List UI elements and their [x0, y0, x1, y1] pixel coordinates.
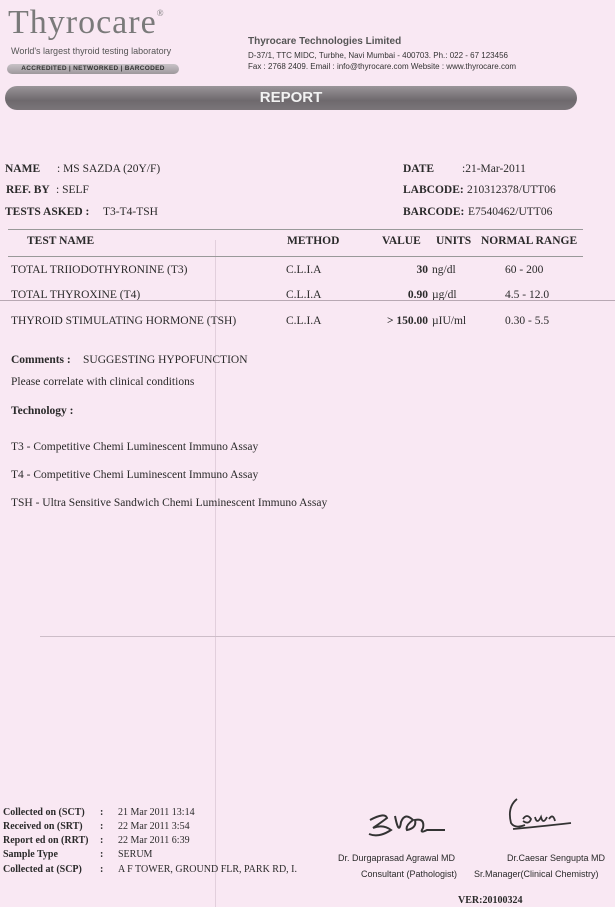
refby-label: REF. BY: [6, 184, 50, 196]
signatory-1-name: Dr. Durgaprasad Agrawal MD: [338, 853, 455, 863]
barcode-value: E7540462/UTT06: [468, 206, 552, 218]
col-units: UNITS: [436, 235, 471, 247]
labcode-label: LABCODE:: [403, 184, 464, 196]
company-contact: Fax : 2768 2409. Email : info@thyrocare.…: [248, 62, 516, 71]
sample-label: Collected at (SCP): [3, 864, 82, 875]
signatory-2-name: Dr.Caesar Sengupta MD: [507, 853, 605, 863]
company-name: Thyrocare Technologies Limited: [248, 36, 401, 47]
report-banner: REPORT: [5, 86, 577, 110]
test-range: 60 - 200: [505, 264, 543, 276]
col-normal-range: NORMAL RANGE: [481, 235, 577, 247]
sample-sep: :: [100, 864, 103, 875]
date-label: DATE: [403, 163, 434, 175]
sample-value: 21 Mar 2011 13:14: [118, 807, 195, 818]
scan-artifact-line: [40, 636, 615, 637]
sample-sep: :: [100, 849, 103, 860]
test-value: > 150.00: [387, 315, 428, 327]
report-title: REPORT: [5, 89, 577, 106]
technology-item: T3 - Competitive Chemi Luminescent Immun…: [11, 441, 258, 453]
sample-label: Received on (SRT): [3, 821, 83, 832]
col-method: METHOD: [287, 235, 339, 247]
sample-label: Collected on (SCT): [3, 807, 85, 818]
sample-value: 22 Mar 2011 3:54: [118, 821, 190, 832]
technology-item: T4 - Competitive Chemi Luminescent Immun…: [11, 469, 258, 481]
test-range: 0.30 - 5.5: [505, 315, 549, 327]
technology-item: TSH - Ultra Sensitive Sandwich Chemi Lum…: [11, 497, 327, 509]
name-value: : MS SAZDA (20Y/F): [57, 163, 160, 175]
accreditation-badges: ACCREDITED | NETWORKED | BARCODED: [7, 64, 179, 74]
comments-value: SUGGESTING HYPOFUNCTION: [83, 354, 248, 366]
signature-agrawal: [365, 808, 455, 842]
sample-sep: :: [100, 821, 103, 832]
test-value: 30: [417, 264, 429, 276]
test-method: C.L.I.A: [286, 264, 321, 276]
signature-sengupta: [505, 795, 580, 835]
date-value: :21-Mar-2011: [462, 163, 526, 175]
tagline: World's largest thyroid testing laborato…: [11, 46, 171, 56]
scan-artifact-line: [0, 300, 615, 301]
col-test-name: TEST NAME: [27, 235, 94, 247]
technology-label: Technology :: [11, 405, 74, 417]
sample-value: A F TOWER, GROUND FLR, PARK RD, I.: [118, 864, 297, 875]
refby-value: : SELF: [56, 184, 89, 196]
barcode-label: BARCODE:: [403, 206, 464, 218]
version-code: VER:20100324: [458, 895, 522, 906]
thyrocare-logo: Thyrocare®: [8, 4, 165, 42]
tests-value: T3-T4-TSH: [103, 206, 158, 218]
sample-value: SERUM: [118, 849, 152, 860]
name-label: NAME: [5, 163, 40, 175]
table-header-rule: [8, 256, 583, 257]
sample-label: Report ed on (RRT): [3, 835, 88, 846]
tests-label: TESTS ASKED :: [5, 206, 89, 218]
test-units: µIU/ml: [432, 315, 466, 327]
table-top-rule: [8, 229, 583, 230]
test-units: ng/dl: [432, 264, 456, 276]
test-name: THYROID STIMULATING HORMONE (TSH): [11, 315, 236, 327]
comments-note: Please correlate with clinical condition…: [11, 376, 194, 388]
sample-sep: :: [100, 835, 103, 846]
test-method: C.L.I.A: [286, 315, 321, 327]
test-name: TOTAL TRIIODOTHYRONINE (T3): [11, 264, 187, 276]
comments-label: Comments :: [11, 354, 71, 366]
scan-fold-line: [215, 240, 216, 907]
sample-label: Sample Type: [3, 849, 58, 860]
labcode-value: 210312378/UTT06: [467, 184, 556, 196]
sample-sep: :: [100, 807, 103, 818]
col-value: VALUE: [382, 235, 421, 247]
company-address: D-37/1, TTC MIDC, Turbhe, Navi Mumbai - …: [248, 51, 508, 60]
signatory-2-title: Sr.Manager(Clinical Chemistry): [474, 869, 599, 879]
sample-value: 22 Mar 2011 6:39: [118, 835, 190, 846]
signatory-1-title: Consultant (Pathologist): [361, 869, 457, 879]
